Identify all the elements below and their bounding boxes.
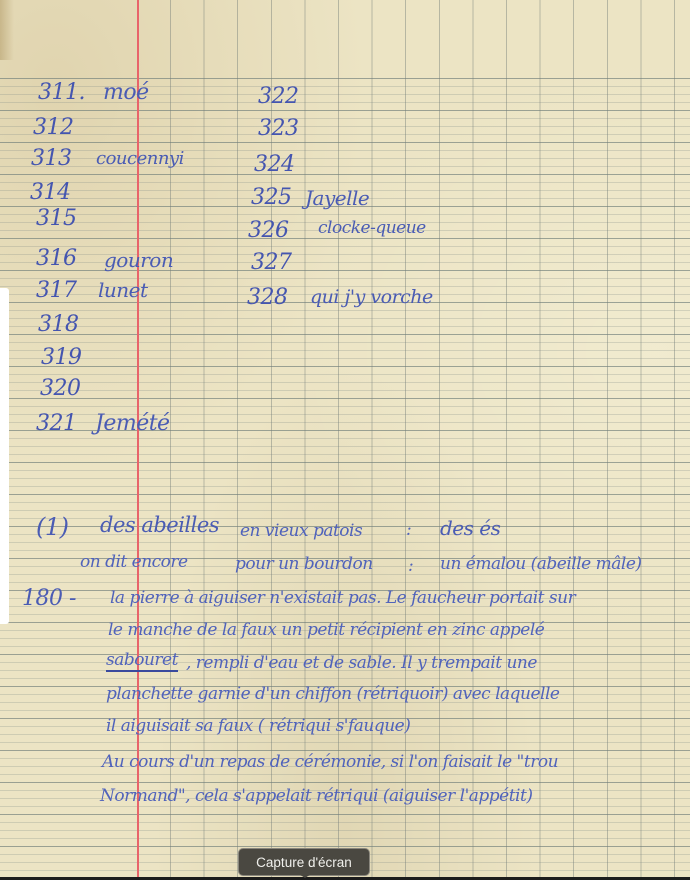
entry-number: 326 <box>248 220 289 242</box>
entry-number: 328 <box>247 287 288 309</box>
note-text: : <box>406 522 411 539</box>
reference-number: 180 - <box>22 588 76 610</box>
footnote-marker: (1) <box>36 515 69 539</box>
entry-number: 323 <box>258 118 299 140</box>
entry-number: 322 <box>258 86 299 108</box>
paragraph-line: il aiguisait sa faux ( rétriqui s'fauque… <box>106 718 410 735</box>
vertical-ruling <box>170 0 690 877</box>
paragraph-line: planchette garnie d'un chiffon (rétriquo… <box>106 686 560 703</box>
red-margin-line <box>137 0 139 877</box>
entry-word: moé <box>103 82 149 104</box>
entry-number: 321 <box>36 413 77 435</box>
entry-word: clocke-queue <box>318 220 426 237</box>
entry-number: 325 <box>251 187 292 209</box>
notebook-page: 311. moé 312 313 coucennyi 314 315 316 g… <box>0 0 690 877</box>
underlined-term: sabouret <box>106 652 178 672</box>
screenshot-tooltip: Capture d'écran <box>238 848 370 876</box>
entry-word: coucennyi <box>96 150 184 168</box>
entry-number: 319 <box>41 347 82 369</box>
entry-word: Jayelle <box>305 188 369 208</box>
entry-number: 317 <box>36 280 77 302</box>
tooltip-label: Capture d'écran <box>256 855 352 870</box>
note-text: pour un bourdon <box>235 556 373 573</box>
note-text: des és <box>440 518 500 538</box>
note-text: des abeilles <box>100 515 219 536</box>
paper-stain <box>0 0 14 60</box>
entry-number: 311. <box>38 82 85 104</box>
entry-word: gouron <box>104 250 173 270</box>
paragraph-line: Normand", cela s'appelait rétriqui (aigu… <box>100 788 532 805</box>
note-text: en vieux patois <box>240 523 362 540</box>
entry-word: qui j'y vorche <box>310 288 433 307</box>
entry-number: 327 <box>251 252 292 274</box>
entry-number: 314 <box>30 182 71 204</box>
note-text: : <box>408 558 413 575</box>
paragraph-line: Au cours d'un repas de cérémonie, si l'o… <box>102 754 558 771</box>
entry-number: 318 <box>38 314 79 336</box>
torn-edge-notch <box>0 288 9 624</box>
entry-number: 312 <box>33 117 74 139</box>
entry-number: 324 <box>254 154 295 176</box>
entry-number: 313 <box>31 148 72 170</box>
tooltip-arrow <box>299 874 311 878</box>
entry-word: Jemété <box>95 413 170 435</box>
paragraph-line: le manche de la faux un petit récipient … <box>108 622 544 639</box>
note-text: un émalou (abeille mâle) <box>440 556 642 573</box>
entry-word: lunet <box>98 280 148 300</box>
paragraph-line: la pierre à aiguiser n'existait pas. Le … <box>110 590 575 607</box>
note-text: on dit encore <box>80 554 188 571</box>
entry-number: 316 <box>36 248 77 270</box>
paragraph-line: , rempli d'eau et de sable. Il y trempai… <box>186 655 537 672</box>
entry-number: 320 <box>40 378 81 400</box>
entry-number: 315 <box>36 208 77 230</box>
